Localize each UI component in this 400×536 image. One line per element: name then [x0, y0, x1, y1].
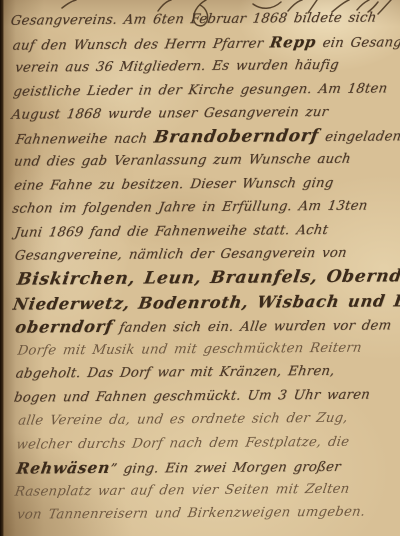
proper-name: Repp — [269, 33, 318, 51]
line-text: von Tannenreisern und Birkenzweigen umge… — [16, 505, 366, 523]
manuscript-line: verein aus 36 Mitgliedern. Es wurden häu… — [13, 53, 400, 80]
line-text: bogen und Fahnen geschmückt. Um 3 Uhr wa… — [13, 387, 371, 405]
line-text: Fahnenweihe nach — [15, 131, 156, 147]
manuscript-line: August 1868 wurde unser Gesangverein zur — [10, 100, 400, 127]
line-text: Juni 1869 fand die Fahnenweihe statt. Ac… — [13, 223, 329, 241]
manuscript-line: Gesangvereins. Am 6ten Februar 1868 bild… — [9, 6, 400, 33]
manuscript-line: Gesangvereine, nämlich der Gesangverein … — [13, 242, 400, 269]
line-text: Rasenplatz war auf den vier Seiten mit Z… — [14, 482, 351, 500]
manuscript-line: auf den Wunsch des Herrn Pfarrer Repp ei… — [11, 30, 400, 57]
manuscript-line: abgeholt. Das Dorf war mit Kränzen, Ehre… — [14, 359, 400, 386]
line-text: ein Gesang — [315, 35, 400, 51]
proper-name: oberndorf — [14, 317, 114, 337]
manuscript-page: Gesangvereins. Am 6ten Februar 1868 bild… — [0, 0, 400, 536]
line-text: August 1868 wurde unser Gesangverein zur — [10, 105, 329, 123]
line-text: verein aus 36 Mitgliedern. Es wurden häu… — [14, 58, 340, 76]
line-text: welcher durchs Dorf nach dem Festplatze,… — [15, 435, 350, 453]
proper-name: Rehwäsen — [15, 458, 111, 478]
line-text: abgeholt. Das Dorf war mit Kränzen, Ehre… — [15, 364, 336, 382]
proper-name: Brandoberndorf — [153, 126, 321, 147]
manuscript-line: schon im folgenden Jahre in Erfüllung. A… — [11, 195, 400, 222]
line-text: fanden sich ein. Alle wurden vor dem — [112, 318, 393, 335]
manuscript-line: oberndorf fanden sich ein. Alle wurden v… — [14, 312, 400, 339]
line-text: ” ging. Ein zwei Morgen großer — [109, 460, 342, 477]
manuscript-line: Niederwetz, Bodenroth, Wisbach und Brand — [11, 289, 400, 316]
binding-edge — [0, 0, 4, 536]
line-text: und dies gab Veranlassung zum Wunsche au… — [13, 152, 352, 170]
manuscript-text: Gesangvereins. Am 6ten Februar 1868 bild… — [11, 6, 400, 527]
manuscript-line: und dies gab Veranlassung zum Wunsche au… — [12, 148, 400, 175]
line-text: Gesangvereine, nämlich der Gesangverein … — [14, 246, 348, 264]
manuscript-line: Rehwäsen” ging. Ein zwei Morgen großer — [15, 454, 400, 481]
line-text: schon im folgenden Jahre in Erfüllung. A… — [11, 199, 368, 217]
line-text: geistliche Lieder in der Kirche gesungen… — [12, 81, 388, 99]
line-text: auf den Wunsch des Herrn Pfarrer — [12, 36, 271, 53]
manuscript-line: Biskirchen, Leun, Braunfels, Oberndorf — [15, 265, 400, 292]
line-text: eingeladen — [317, 129, 400, 145]
village-names: Niederwetz, Bodenroth, Wisbach und Brand — [12, 290, 400, 313]
line-text: eine Fahne zu besitzen. Dieser Wunsch gi… — [13, 176, 334, 194]
manuscript-line: alle Vereine da, und es ordnete sich der… — [16, 407, 400, 434]
line-text: Dorfe mit Musik und mit geschmückten Rei… — [17, 340, 363, 358]
manuscript-line: von Tannenreisern und Birkenzweigen umge… — [15, 501, 400, 528]
village-names: Biskirchen, Leun, Braunfels, Oberndorf — [16, 266, 400, 290]
line-text: Gesangvereins. Am 6ten Februar 1868 bild… — [10, 10, 378, 28]
line-text: alle Vereine da, und es ordnete sich der… — [17, 411, 349, 429]
